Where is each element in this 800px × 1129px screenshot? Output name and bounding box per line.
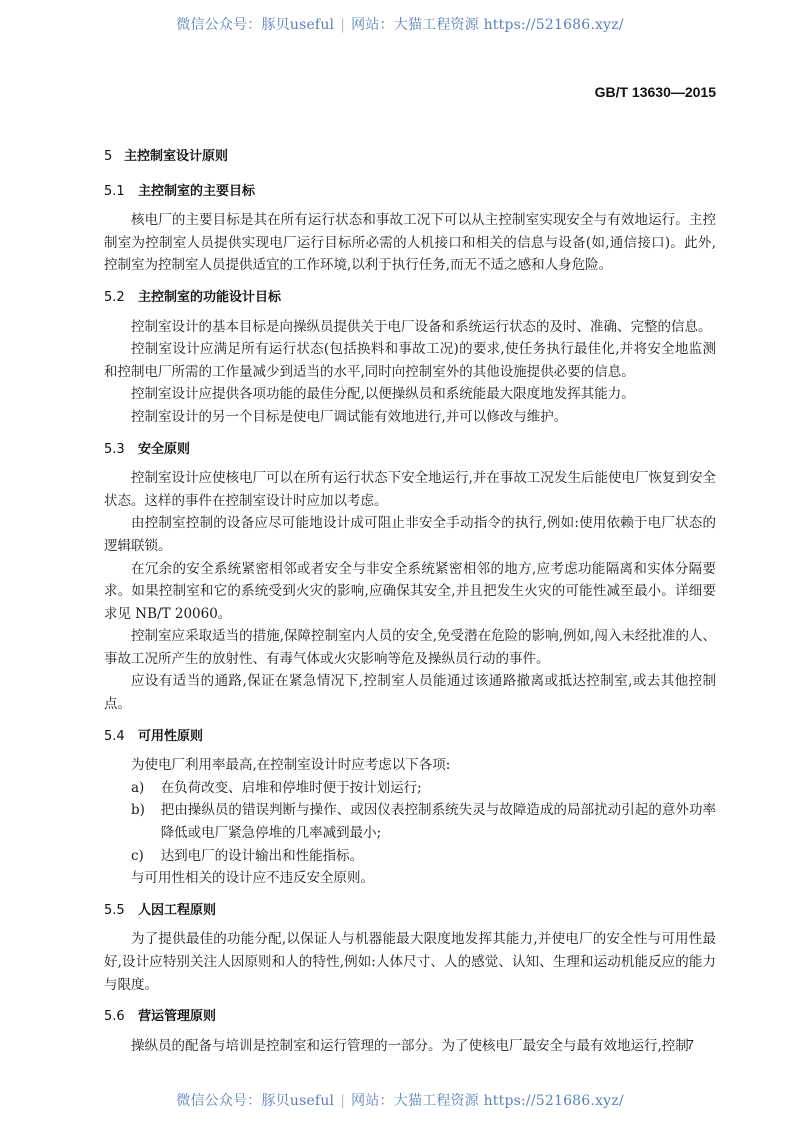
section-number: 5 [104, 146, 124, 169]
standard-code: GB/T 13630—2015 [595, 84, 716, 100]
subsection-title: 主控制室的主要目标 [138, 184, 255, 199]
watermark-bottom: 微信公众号：豚贝useful|网站：大猫工程资源 https://521686.… [0, 1090, 800, 1110]
list-text: 在负荷改变、启堆和停堆时便于按计划运行; [161, 777, 716, 800]
watermark-wechat: 微信公众号：豚贝useful [176, 17, 334, 33]
subsection-number: 5.4 [104, 726, 138, 749]
subsection-heading-5-1: 5.1主控制室的主要目标 [104, 181, 716, 204]
subsection-heading-5-4: 5.4可用性原则 [104, 726, 716, 749]
paragraph: 操纵员的配备与培训是控制室和运行管理的一部分。为了使核电厂最安全与最有效地运行,… [104, 1035, 716, 1058]
subsection-number: 5.2 [104, 287, 138, 310]
subsection-heading-5-2: 5.2主控制室的功能设计目标 [104, 287, 716, 310]
section-title: 主控制室设计原则 [124, 149, 228, 164]
subsection-number: 5.3 [104, 439, 138, 462]
list-text: 达到电厂的设计输出和性能指标。 [161, 845, 716, 868]
paragraph: 与可用性相关的设计应不违反安全原则。 [104, 867, 716, 890]
list-intro: 为使电厂利用率最高,在控制室设计时应考虑以下各项: [104, 754, 716, 777]
document-body: 5主控制室设计原则 5.1主控制室的主要目标 核电厂的主要目标是其在所有运行状态… [104, 146, 716, 1057]
paragraph: 在冗余的安全系统紧密相邻或者安全与非安全系统紧密相邻的地方,应考虑功能隔离和实体… [104, 558, 716, 626]
list-item: a) 在负荷改变、启堆和停堆时便于按计划运行; [104, 777, 716, 800]
subsection-title: 营运管理原则 [138, 1009, 216, 1024]
subsection-title: 安全原则 [138, 442, 190, 457]
paragraph: 控制室设计应提供各项功能的最佳分配,以便操纵员和系统能最大限度地发挥其能力。 [104, 383, 716, 406]
paragraph: 应设有适当的通路,保证在紧急情况下,控制室人员能通过该通路撤离或抵达控制室,或去… [104, 670, 716, 715]
watermark-separator: | [340, 1093, 345, 1109]
paragraph: 控制室应采取适当的措施,保障控制室内人员的安全,免受潜在危险的影响,例如,闯入未… [104, 625, 716, 670]
paragraph: 控制室设计应满足所有运行状态(包括换料和事故工况)的要求,使任务执行最佳化,并将… [104, 338, 716, 383]
watermark-wechat: 微信公众号：豚贝useful [176, 1093, 334, 1109]
subsection-title: 主控制室的功能设计目标 [138, 290, 281, 305]
paragraph: 核电厂的主要目标是其在所有运行状态和事故工况下可以从主控制室实现安全与有效地运行… [104, 209, 716, 277]
subsection-heading-5-3: 5.3安全原则 [104, 439, 716, 462]
subsection-heading-5-5: 5.5人因工程原则 [104, 900, 716, 923]
list-item: b) 把由操纵员的错误判断与操作、或因仪表控制系统失灵与故障造成的局部扰动引起的… [104, 799, 716, 844]
subsection-number: 5.6 [104, 1006, 138, 1029]
list-label: a) [131, 777, 161, 800]
list-item: c) 达到电厂的设计输出和性能指标。 [104, 845, 716, 868]
list-label: c) [131, 845, 161, 868]
page-number: 7 [687, 1037, 694, 1052]
watermark-separator: | [340, 17, 345, 33]
section-heading: 5主控制室设计原则 [104, 146, 716, 169]
subsection-heading-5-6: 5.6营运管理原则 [104, 1006, 716, 1029]
subsection-title: 人因工程原则 [138, 903, 216, 918]
paragraph: 控制室设计应使核电厂可以在所有运行状态下安全地运行,并在事故工况发生后能使电厂恢… [104, 467, 716, 512]
paragraph: 控制室设计的基本目标是向操纵员提供关于电厂设备和系统运行状态的及时、准确、完整的… [104, 316, 716, 339]
list-text: 把由操纵员的错误判断与操作、或因仪表控制系统失灵与故障造成的局部扰动引起的意外功… [161, 799, 716, 844]
paragraph: 为了提供最佳的功能分配,以保证人与机器能最大限度地发挥其能力,并使电厂的安全性与… [104, 928, 716, 996]
subsection-number: 5.5 [104, 900, 138, 923]
subsection-title: 可用性原则 [138, 729, 203, 744]
watermark-site: 网站：大猫工程资源 https://521686.xyz/ [351, 17, 624, 33]
paragraph: 控制室设计的另一个目标是使电厂调试能有效地进行,并可以修改与维护。 [104, 406, 716, 429]
paragraph: 由控制室控制的设备应尽可能地设计成可阻止非安全手动指令的执行,例如:使用依赖于电… [104, 512, 716, 557]
subsection-number: 5.1 [104, 181, 138, 204]
list-label: b) [131, 799, 161, 844]
watermark-top: 微信公众号：豚贝useful|网站：大猫工程资源 https://521686.… [0, 14, 800, 34]
watermark-site: 网站：大猫工程资源 https://521686.xyz/ [351, 1093, 624, 1109]
